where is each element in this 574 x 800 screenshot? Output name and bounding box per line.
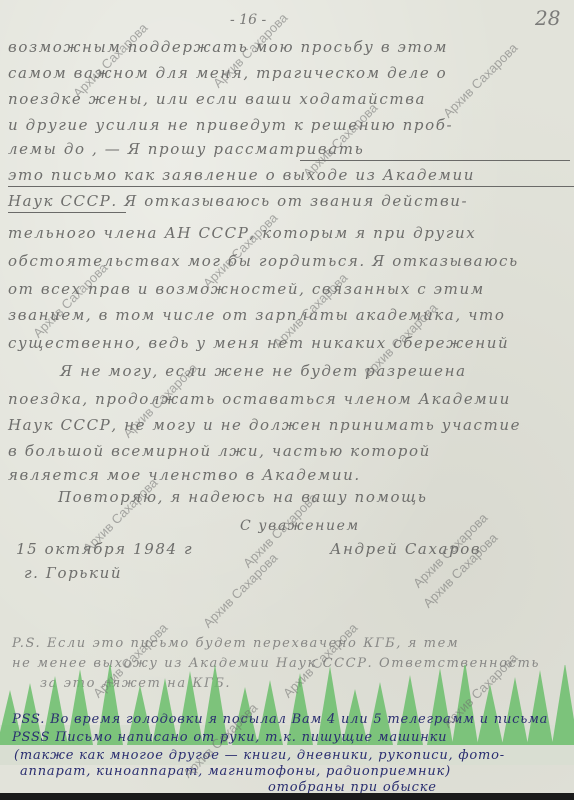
place: г. Горький	[24, 564, 122, 582]
watermark-text: Архив Сахарова	[200, 550, 280, 630]
watermark-text: Архив Сахарова	[440, 40, 520, 120]
body-line: в большой всемирной лжи, частью которой	[8, 442, 431, 460]
body-line: поездка, продолжать оставаться членом Ак…	[8, 390, 511, 408]
body-line: и другие усилия не приведут к решению пр…	[8, 116, 453, 134]
pss-line: PSS. Во время голодовки я посылал Вам 4 …	[12, 712, 548, 727]
body-line: Наук СССР. Я отказываюсь от звания дейст…	[8, 192, 468, 210]
body-line: существенно, ведь у меня нет никаких сбе…	[8, 334, 509, 352]
date: 15 октября 1984 г	[16, 540, 193, 558]
underline	[8, 212, 126, 213]
body-line: Наук СССР, не могу и не должен принимать…	[8, 416, 521, 434]
body-line: возможным поддержать мою просьбу в этом	[8, 38, 448, 56]
letter-page: - 16 - 28 возможным поддержать мою прось…	[0, 0, 574, 800]
psss-line: аппарат, киноаппарат, магнитофоны, радио…	[20, 764, 451, 779]
page-number-top: - 16 -	[230, 12, 266, 28]
underline	[300, 160, 570, 161]
scan-edge	[0, 793, 574, 800]
watermark-text: Архив Сахарова	[200, 210, 280, 290]
body-line: это письмо как заявление о выходе из Ака…	[8, 166, 475, 184]
postscript-line: P.S. Если это письмо будет перехвачено К…	[12, 636, 459, 651]
page-number-corner: 28	[535, 6, 560, 30]
body-line: обстоятельствах мог бы гордиться. Я отка…	[8, 252, 519, 270]
psss-line: (также как многое другое — книги, дневни…	[14, 748, 505, 763]
body-line: Повторяю, я надеюсь на вашу помощь	[58, 488, 428, 506]
body-line: является мое членство в Академии.	[8, 466, 361, 484]
watermark-text: Архив Сахарова	[30, 260, 110, 340]
body-line: лемы до , — Я прошу рассматривать	[8, 140, 364, 158]
watermark-text: Архив Сахарова	[70, 20, 150, 100]
body-line: Я не могу, если жене не будет разрешена	[60, 362, 467, 380]
underline	[8, 186, 574, 187]
